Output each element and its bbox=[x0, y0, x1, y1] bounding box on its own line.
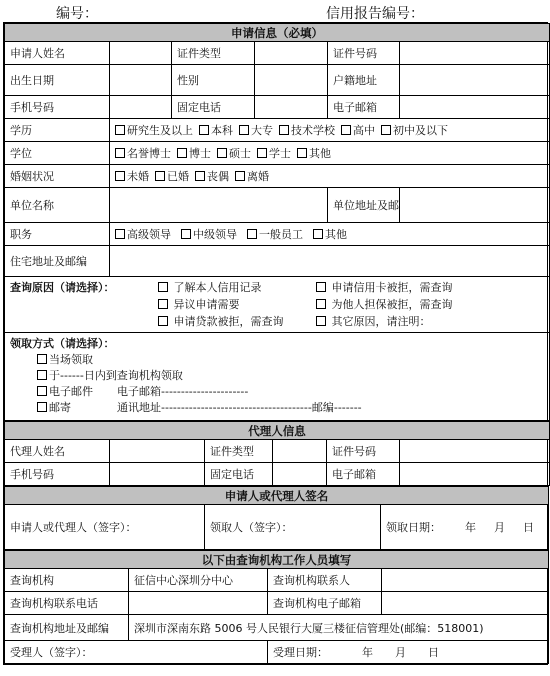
checkbox-icon[interactable] bbox=[115, 125, 125, 135]
value-institution: 征信中心深圳分中心 bbox=[129, 569, 268, 592]
label-marital-status: 婚姻状况 bbox=[5, 165, 110, 188]
checkbox-icon[interactable] bbox=[316, 316, 326, 326]
field-agent-email[interactable] bbox=[400, 463, 550, 486]
checkbox-icon[interactable] bbox=[115, 148, 125, 158]
handle-date-field[interactable]: 受理日期：年月日 bbox=[268, 641, 549, 664]
label-employer-address: 单位地址及邮编 bbox=[328, 188, 400, 223]
receive-date-field[interactable]: 领取日期：年月日 bbox=[381, 505, 549, 550]
education-option[interactable]: 大专 bbox=[239, 124, 273, 137]
label-home-address: 住宅地址及邮编 bbox=[5, 246, 110, 277]
zip-blank[interactable]: ------- bbox=[334, 401, 362, 414]
label-position: 职务 bbox=[5, 223, 110, 246]
checkbox-icon[interactable] bbox=[199, 125, 209, 135]
label-institution-phone: 查询机构联系电话 bbox=[5, 592, 129, 615]
reason-option[interactable]: 申请贷款被拒，需查询 bbox=[158, 314, 316, 329]
label-education: 学历 bbox=[5, 119, 110, 142]
label-agent-id-number: 证件号码 bbox=[327, 440, 400, 463]
education-options: 研究生及以上本科大专技术学校高中初中及以下 bbox=[110, 119, 550, 142]
label-agent-email: 电子邮箱 bbox=[327, 463, 400, 486]
checkbox-icon[interactable] bbox=[37, 402, 47, 412]
checkbox-icon[interactable] bbox=[37, 386, 47, 396]
checkbox-icon[interactable] bbox=[297, 148, 307, 158]
marital-option[interactable]: 未婚 bbox=[115, 170, 149, 183]
label-id-number: 证件号码 bbox=[328, 42, 400, 65]
label-institution-email: 查询机构电子邮箱 bbox=[268, 592, 382, 615]
label-gender: 性别 bbox=[172, 65, 255, 96]
reason-option[interactable]: 了解本人信用记录 bbox=[158, 280, 316, 295]
field-institution-phone[interactable] bbox=[129, 592, 268, 615]
checkbox-icon[interactable] bbox=[195, 171, 205, 181]
checkbox-icon[interactable] bbox=[313, 229, 323, 239]
checkbox-icon[interactable] bbox=[316, 282, 326, 292]
label-agent-name: 代理人姓名 bbox=[5, 440, 110, 463]
reason-option[interactable]: 申请信用卡被拒，需查询 bbox=[316, 280, 516, 295]
field-agent-landline[interactable] bbox=[273, 463, 327, 486]
position-option[interactable]: 一般员工 bbox=[247, 228, 303, 241]
checkbox-icon[interactable] bbox=[217, 148, 227, 158]
label-mobile: 手机号码 bbox=[5, 96, 110, 119]
label-agent-mobile: 手机号码 bbox=[5, 463, 110, 486]
handler-signature-field[interactable]: 受理人（签字）： bbox=[5, 641, 268, 664]
section-title-agent: 代理人信息 bbox=[5, 422, 550, 440]
label-agent-landline: 固定电话 bbox=[205, 463, 273, 486]
education-option[interactable]: 技术学校 bbox=[279, 124, 335, 137]
query-reason-block: 查询原因（请选择）： 了解本人信用记录 申请信用卡被拒，需查询 异议申请需要 为… bbox=[5, 277, 550, 333]
checkbox-icon[interactable] bbox=[316, 299, 326, 309]
label-institution-address: 查询机构地址及邮编 bbox=[5, 615, 129, 641]
serial-number-label: 编号： bbox=[56, 3, 98, 23]
pickup-on-site-option[interactable]: 当场领取 bbox=[10, 352, 544, 368]
degree-option[interactable]: 博士 bbox=[177, 147, 211, 160]
field-id-number[interactable] bbox=[400, 42, 550, 65]
position-option[interactable]: 其他 bbox=[313, 228, 347, 241]
checkbox-icon[interactable] bbox=[155, 171, 165, 181]
pickup-method-block: 领取方式（请选择）： 当场领取 于------日内到查询机构领取 电子邮件电子邮… bbox=[5, 333, 550, 421]
field-email[interactable] bbox=[400, 96, 550, 119]
checkbox-icon[interactable] bbox=[158, 299, 168, 309]
query-reason-label: 查询原因（请选择）： bbox=[10, 280, 158, 329]
field-institution-email[interactable] bbox=[382, 592, 549, 615]
reason-option[interactable]: 为他人担保被拒，需查询 bbox=[316, 297, 516, 312]
reason-option[interactable]: 异议申请需要 bbox=[158, 297, 316, 312]
field-agent-mobile[interactable] bbox=[110, 463, 205, 486]
education-option[interactable]: 初中及以下 bbox=[381, 124, 448, 137]
position-option[interactable]: 高级领导 bbox=[115, 228, 171, 241]
section-title-signature: 申请人或代理人签名 bbox=[5, 487, 549, 505]
checkbox-icon[interactable] bbox=[181, 229, 191, 239]
field-agent-name[interactable] bbox=[110, 440, 205, 463]
marital-option[interactable]: 离婚 bbox=[235, 170, 269, 183]
checkbox-icon[interactable] bbox=[115, 229, 125, 239]
field-gender[interactable] bbox=[255, 65, 328, 96]
field-agent-id-type[interactable] bbox=[273, 440, 327, 463]
label-household-address: 户籍地址 bbox=[328, 65, 400, 96]
credit-report-application-form: 申请信息（必填） 申请人姓名 证件类型 证件号码 出生日期 性别 户籍地址 手机… bbox=[3, 22, 548, 665]
applicant-signature-field[interactable]: 申请人或代理人（签字）： bbox=[5, 505, 205, 550]
field-landline[interactable] bbox=[255, 96, 328, 119]
report-number-label: 信用报告编号： bbox=[326, 3, 424, 23]
field-home-address[interactable] bbox=[110, 246, 550, 277]
checkbox-icon[interactable] bbox=[239, 125, 249, 135]
field-agent-id-number[interactable] bbox=[400, 440, 550, 463]
degree-option[interactable]: 硕士 bbox=[217, 147, 251, 160]
checkbox-icon[interactable] bbox=[158, 282, 168, 292]
degree-option[interactable]: 其他 bbox=[297, 147, 331, 160]
section-title-staff: 以下由查询机构工作人员填写 bbox=[5, 551, 549, 569]
pickup-email-option[interactable]: 电子邮件电子邮箱---------------------- bbox=[10, 384, 544, 400]
education-option[interactable]: 本科 bbox=[199, 124, 233, 137]
marital-option[interactable]: 丧偶 bbox=[195, 170, 229, 183]
pickup-method-label: 领取方式（请选择）： bbox=[10, 336, 544, 352]
label-email: 电子邮箱 bbox=[328, 96, 400, 119]
label-degree: 学位 bbox=[5, 142, 110, 165]
checkbox-icon[interactable] bbox=[37, 354, 47, 364]
checkbox-icon[interactable] bbox=[158, 316, 168, 326]
address-blank[interactable]: -------------------------------------- bbox=[161, 401, 312, 414]
field-institution-contact[interactable] bbox=[382, 569, 549, 592]
reason-option[interactable]: 其它原因，请注明： bbox=[316, 314, 516, 329]
label-birth-date: 出生日期 bbox=[5, 65, 110, 96]
field-id-type[interactable] bbox=[255, 42, 328, 65]
label-id-type: 证件类型 bbox=[172, 42, 255, 65]
label-employer: 单位名称 bbox=[5, 188, 110, 223]
email-blank[interactable]: ---------------------- bbox=[161, 385, 248, 398]
label-applicant-name: 申请人姓名 bbox=[5, 42, 110, 65]
checkbox-icon[interactable] bbox=[381, 125, 391, 135]
label-institution-contact: 查询机构联系人 bbox=[268, 569, 382, 592]
checkbox-icon[interactable] bbox=[37, 370, 47, 380]
section-title-applicant: 申请信息（必填） bbox=[5, 24, 550, 42]
position-option[interactable]: 中级领导 bbox=[181, 228, 237, 241]
field-employer-address[interactable] bbox=[400, 188, 550, 223]
checkbox-icon[interactable] bbox=[279, 125, 289, 135]
checkbox-icon[interactable] bbox=[257, 148, 267, 158]
education-option[interactable]: 研究生及以上 bbox=[115, 124, 193, 137]
checkbox-icon[interactable] bbox=[341, 125, 351, 135]
education-option[interactable]: 高中 bbox=[341, 124, 375, 137]
degree-option[interactable]: 名誉博士 bbox=[115, 147, 171, 160]
checkbox-icon[interactable] bbox=[115, 171, 125, 181]
receiver-signature-field[interactable]: 领取人（签字）： bbox=[205, 505, 381, 550]
label-landline: 固定电话 bbox=[172, 96, 255, 119]
days-blank[interactable]: ------ bbox=[60, 369, 84, 382]
checkbox-icon[interactable] bbox=[235, 171, 245, 181]
form-header: 编号： 信用报告编号： bbox=[0, 0, 550, 22]
marital-options: 未婚已婚丧偶离婚 bbox=[110, 165, 550, 188]
field-employer[interactable] bbox=[110, 188, 328, 223]
value-institution-address: 深圳市深南东路 5006 号人民银行大厦三楼征信管理处(邮编：518001) bbox=[129, 615, 549, 641]
label-agent-id-type: 证件类型 bbox=[205, 440, 273, 463]
marital-option[interactable]: 已婚 bbox=[155, 170, 189, 183]
degree-options: 名誉博士博士硕士学士其他 bbox=[110, 142, 550, 165]
degree-option[interactable]: 学士 bbox=[257, 147, 291, 160]
checkbox-icon[interactable] bbox=[177, 148, 187, 158]
pickup-within-days-option[interactable]: 于------日内到查询机构领取 bbox=[10, 368, 544, 384]
pickup-mail-option[interactable]: 邮寄通讯地址----------------------------------… bbox=[10, 400, 544, 416]
checkbox-icon[interactable] bbox=[247, 229, 257, 239]
field-mobile[interactable] bbox=[110, 96, 172, 119]
label-institution: 查询机构 bbox=[5, 569, 129, 592]
field-household-address[interactable] bbox=[400, 65, 550, 96]
field-birth-date[interactable] bbox=[110, 65, 172, 96]
position-options: 高级领导中级领导一般员工其他 bbox=[110, 223, 550, 246]
field-applicant-name[interactable] bbox=[110, 42, 172, 65]
